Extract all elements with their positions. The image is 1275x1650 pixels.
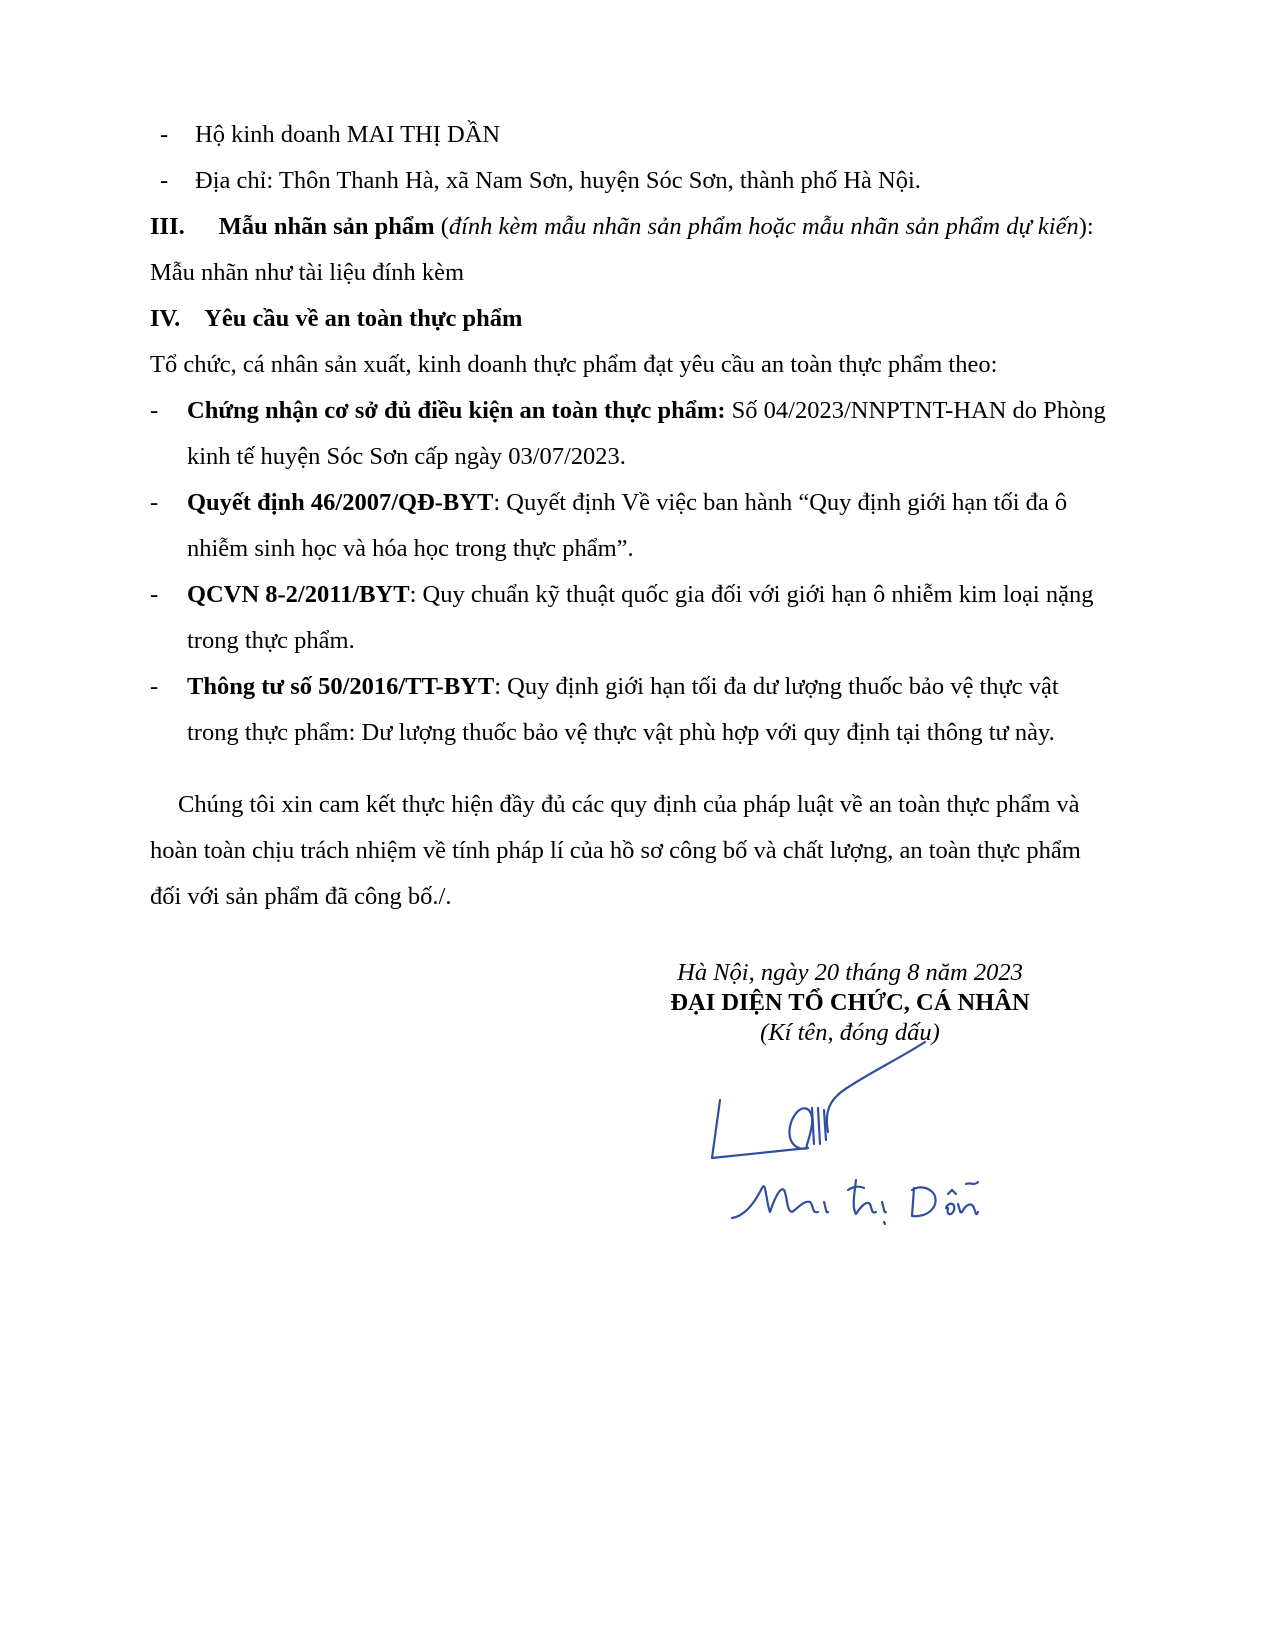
section-iv-title: Yêu cầu về an toàn thực phẩm	[204, 305, 522, 332]
requirement-text-cont: nhiễm sinh học và hóa học trong thực phẩ…	[187, 534, 634, 564]
paren-close: ):	[1079, 213, 1094, 240]
bullet-dash: -	[150, 488, 158, 518]
section-iii-note: đính kèm mẫu nhãn sản phẩm hoặc mẫu nhãn…	[449, 213, 1079, 240]
section-iv-heading: IV.Yêu cầu về an toàn thực phẩm	[150, 304, 522, 334]
requirement-label: QCVN 8-2/2011/BYT	[187, 581, 410, 608]
commitment-line-1: Chúng tôi xin cam kết thực hiện đầy đủ c…	[178, 790, 1080, 820]
requirement-label: Quyết định 46/2007/QĐ-BYT	[187, 489, 493, 516]
bullet-dash: -	[150, 396, 158, 426]
requirement-text: : Quy định giới hạn tối đa dư lượng thuố…	[494, 673, 1059, 700]
business-name: Hộ kinh doanh MAI THỊ DẦN	[195, 120, 500, 150]
requirement-text: Số 04/2023/NNPTNT-HAN do Phòng	[726, 397, 1106, 424]
requirement-text: : Quy chuẩn kỹ thuật quốc gia đối với gi…	[410, 581, 1094, 608]
handwritten-signature-icon	[700, 1040, 1020, 1240]
document-page: - Hộ kinh doanh MAI THỊ DẦN - Địa chỉ: T…	[0, 0, 1275, 1650]
bullet-dash: -	[150, 580, 158, 610]
requirement-item-qcvn: QCVN 8-2/2011/BYT: Quy chuẩn kỹ thuật qu…	[187, 580, 1093, 610]
paren-open: (	[435, 213, 449, 240]
section-iii-title: Mẫu nhãn sản phẩm	[219, 213, 435, 240]
commitment-line-3: đối với sản phẩm đã công bố./.	[150, 882, 451, 912]
requirement-item-circular: Thông tư số 50/2016/TT-BYT: Quy định giớ…	[187, 672, 1059, 702]
requirement-label: Chứng nhận cơ sở đủ điều kiện an toàn th…	[187, 397, 726, 424]
requirement-text-cont: trong thực phẩm.	[187, 626, 355, 656]
section-iv-intro: Tổ chức, cá nhân sản xuất, kinh doanh th…	[150, 350, 997, 380]
requirement-text: : Quyết định Về việc ban hành “Quy định …	[493, 489, 1067, 516]
section-iv-number: IV.	[150, 305, 180, 332]
requirement-text-cont: trong thực phẩm: Dư lượng thuốc bảo vệ t…	[187, 718, 1055, 748]
commitment-line-2: hoàn toàn chịu trách nhiệm về tính pháp …	[150, 836, 1081, 866]
requirement-item-certificate: Chứng nhận cơ sở đủ điều kiện an toàn th…	[187, 396, 1106, 426]
signature-title: ĐẠI DIỆN TỔ CHỨC, CÁ NHÂN	[620, 988, 1080, 1018]
requirement-label: Thông tư số 50/2016/TT-BYT	[187, 673, 494, 700]
bullet-dash: -	[160, 166, 168, 196]
signature-place-date: Hà Nội, ngày 20 tháng 8 năm 2023	[620, 958, 1080, 988]
requirement-item-decision: Quyết định 46/2007/QĐ-BYT: Quyết định Về…	[187, 488, 1067, 518]
section-iii-body: Mẫu nhãn như tài liệu đính kèm	[150, 258, 464, 288]
bullet-dash: -	[150, 672, 158, 702]
section-iii-number: III.	[150, 213, 185, 240]
bullet-dash: -	[160, 120, 168, 150]
requirement-text-cont: kinh tế huyện Sóc Sơn cấp ngày 03/07/202…	[187, 442, 626, 472]
business-address: Địa chỉ: Thôn Thanh Hà, xã Nam Sơn, huyệ…	[195, 166, 921, 196]
section-iii-heading: III.Mẫu nhãn sản phẩm (đính kèm mẫu nhãn…	[150, 212, 1094, 242]
